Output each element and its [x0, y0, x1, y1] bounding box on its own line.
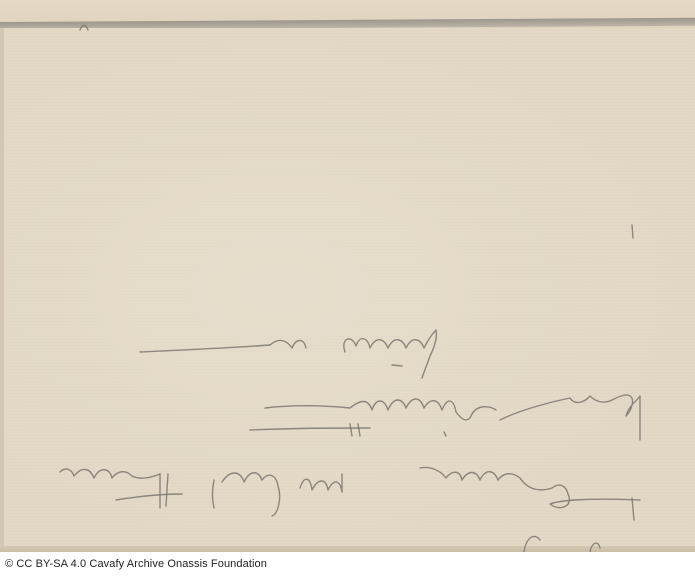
- manuscript-scan: [0, 0, 695, 552]
- handwriting-line-believe-me: [140, 330, 436, 378]
- copyright-caption: © CC BY-SA 4.0 Cavafy Archive Onassis Fo…: [5, 558, 267, 570]
- edge-mark: [80, 26, 88, 31]
- stray-mark: [632, 225, 633, 238]
- handwriting-line-your-committee: [250, 395, 640, 440]
- handwriting-partial-bottom: [524, 536, 600, 552]
- handwriting-line-convey-best-thanks: [60, 467, 640, 520]
- handwriting-strokes: [0, 0, 695, 552]
